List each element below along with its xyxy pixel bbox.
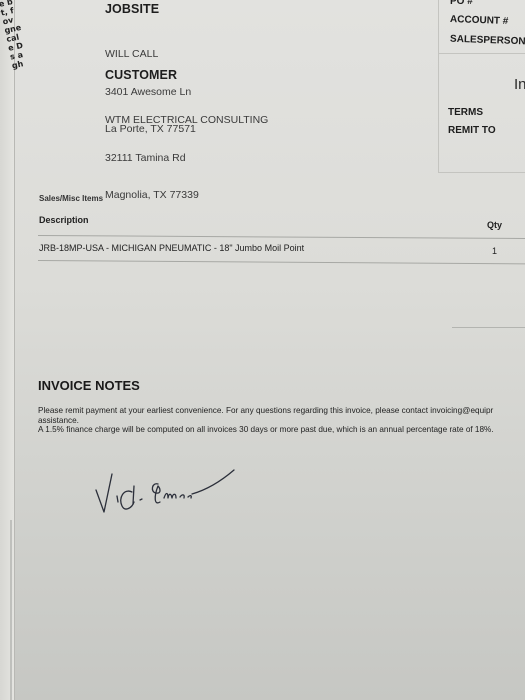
signature-image (88, 462, 248, 532)
customer-line: 32111 Tamina Rd (105, 152, 268, 165)
invoice-heading-partial: In (514, 76, 525, 93)
column-header-description: Description (39, 215, 89, 225)
underlying-page-edge: e b t, f ov gne cal e D s a gh (0, 0, 15, 700)
customer-line: Magnolia, TX 77339 (105, 189, 268, 202)
notes-line: assistance. (38, 416, 525, 426)
totals-divider (452, 327, 525, 328)
column-header-qty: Qty (487, 220, 502, 230)
customer-address: WTM ELECTRICAL CONSULTING 32111 Tamina R… (105, 89, 268, 214)
jobsite-line: WILL CALL (105, 48, 196, 61)
item-qty: 1 (492, 246, 497, 256)
remit-to-label: REMIT TO (448, 125, 496, 136)
item-description: JRB-18MP-USA - MICHIGAN PNEUMATIC - 18" … (39, 243, 304, 253)
meta-box-divider (439, 53, 525, 54)
row-divider (38, 260, 525, 264)
customer-line: WTM ELECTRICAL CONSULTING (105, 114, 268, 127)
notes-line: A 1.5% finance charge will be computed o… (38, 425, 525, 435)
invoice-notes-title: INVOICE NOTES (38, 378, 140, 393)
invoice-notes-text: Please remit payment at your earliest co… (38, 406, 525, 435)
page-fold-line (10, 520, 12, 700)
jobsite-title: JOBSITE (105, 2, 159, 16)
items-section-label: Sales/Misc Items (39, 194, 103, 203)
account-label: ACCOUNT # (450, 14, 509, 27)
notes-line: Please remit payment at your earliest co… (38, 406, 525, 416)
terms-label: TERMS (448, 107, 483, 118)
po-label: PO # (450, 0, 473, 7)
underlying-page-text: e b t, f ov gne cal e D s a gh (0, 0, 33, 70)
header-divider (38, 235, 525, 239)
customer-title: CUSTOMER (105, 68, 177, 82)
